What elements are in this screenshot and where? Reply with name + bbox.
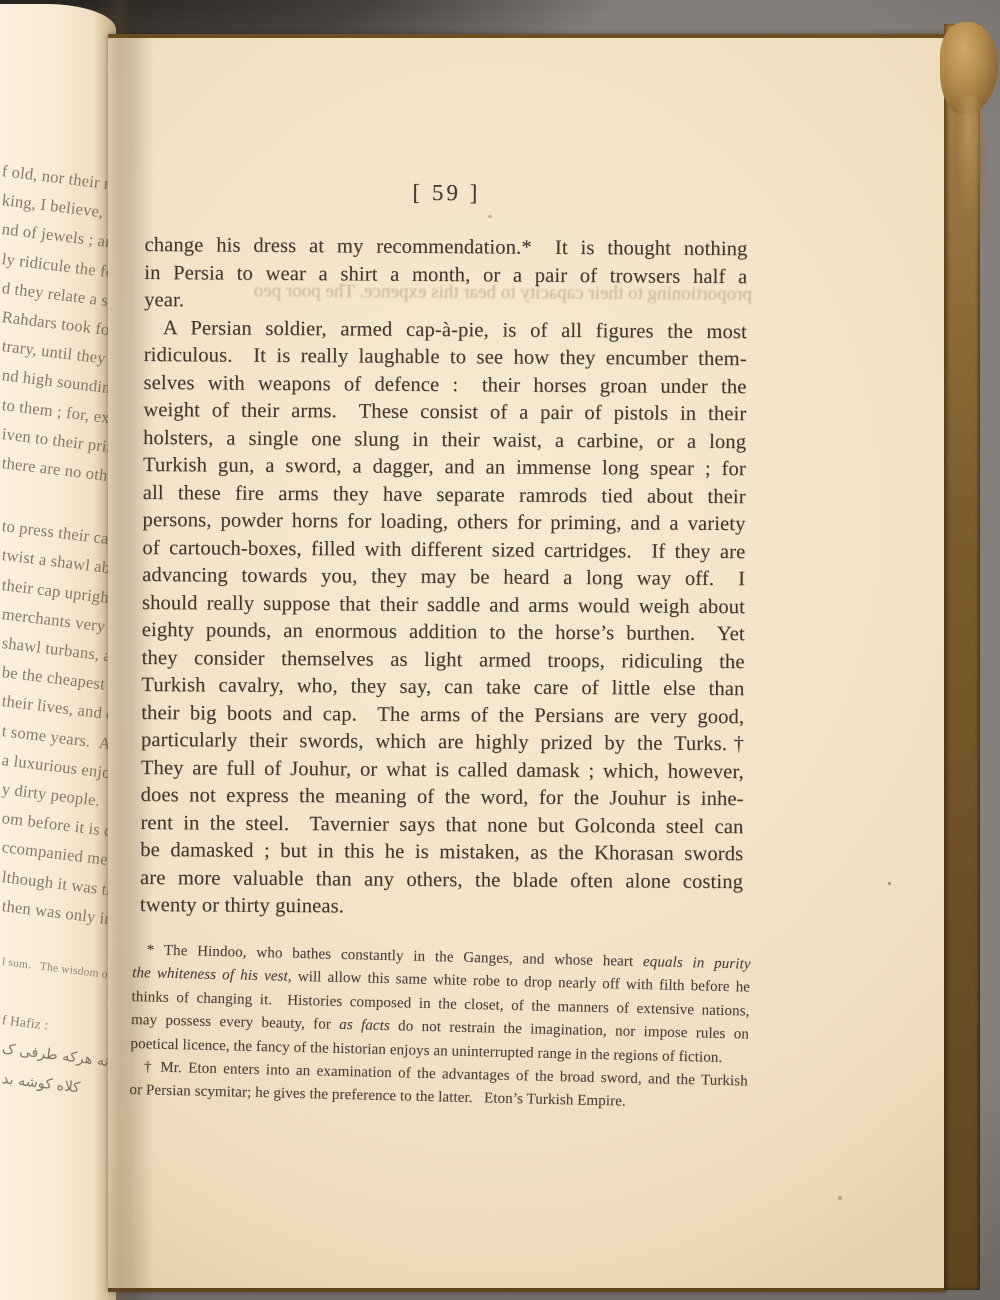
body-line: twenty or thirty guineas. [140,892,743,924]
body-line: they consider themselves as light armed … [142,644,745,676]
facing-page-edge: f old, nor their neigh king, I believe, … [0,4,116,1300]
body-line: be damasked ; but in this he is mistaken… [140,837,743,869]
body-line: all these fire arms they have separate r… [143,479,746,511]
footnote-italic-text: as facts [339,1017,390,1034]
facing-page-text: f old, nor their neigh king, I believe, … [2,156,116,1094]
scanned-book-photo: f old, nor their neigh king, I believe, … [0,0,1000,1300]
body-line: eighty pounds, an enormous addition to t… [142,617,745,649]
footnote-text: do not restrain the imagination, nor imp… [390,1018,749,1042]
page-speck [888,882,891,885]
footnotes-block: * The Hindoo, who bathes constantly in t… [129,939,751,1117]
body-line: does not express the meaning of the word… [141,782,744,814]
body-line: year. [144,287,747,319]
body-line: of cartouch-boxes, filled with different… [142,534,745,566]
body-line: Turkish gun, a sword, a dagger, and an i… [143,452,746,484]
body-line: should really suppose that their saddle … [142,589,745,621]
body-line: particularly their swords, which are hig… [141,727,744,759]
body-line: rent in the steel. Tavernier says that n… [140,809,743,841]
body-line: ridiculous. It is really laughable to se… [144,342,747,374]
footnote-italic-text: equals in purity [643,954,751,973]
page-number: [ 59 ] [145,176,748,210]
body-line: change his dress at my recommendation.* … [144,232,747,264]
body-line: selves with weapons of defence : their h… [143,369,746,401]
spine-wear-patch [952,96,986,246]
facing-page-catchline: l sum. The wisdom of Sáma [0,948,116,995]
page-body-text: [ 59 ] change his dress at my recommenda… [140,176,748,924]
body-line: They are full of Jouhur, or what is call… [141,754,744,786]
footnote-italic-text: the whiteness of his vest [132,965,288,985]
body-line: their big boots and cap. The arms of the… [141,699,744,731]
body-line: persons, powder horns for loading, other… [142,507,745,539]
page-speck [488,215,492,218]
body-line: are more valuable than any others, the b… [140,864,743,896]
body-line: advancing towards you, they may be heard… [142,562,745,594]
body-line: in Persia to wear a shirt a month, or a … [144,259,747,291]
body-line: A Persian soldier, armed cap-à-pie, is o… [144,314,747,346]
body-line: Turkish cavalry, who, they say, can take… [141,672,744,704]
footnote-text: may possess every beauty, for [131,1012,340,1033]
page-speck [838,1196,842,1200]
body-line: holsters, a single one slung in their wa… [143,424,746,456]
body-line: weight of their arms. These consist of a… [143,397,746,429]
